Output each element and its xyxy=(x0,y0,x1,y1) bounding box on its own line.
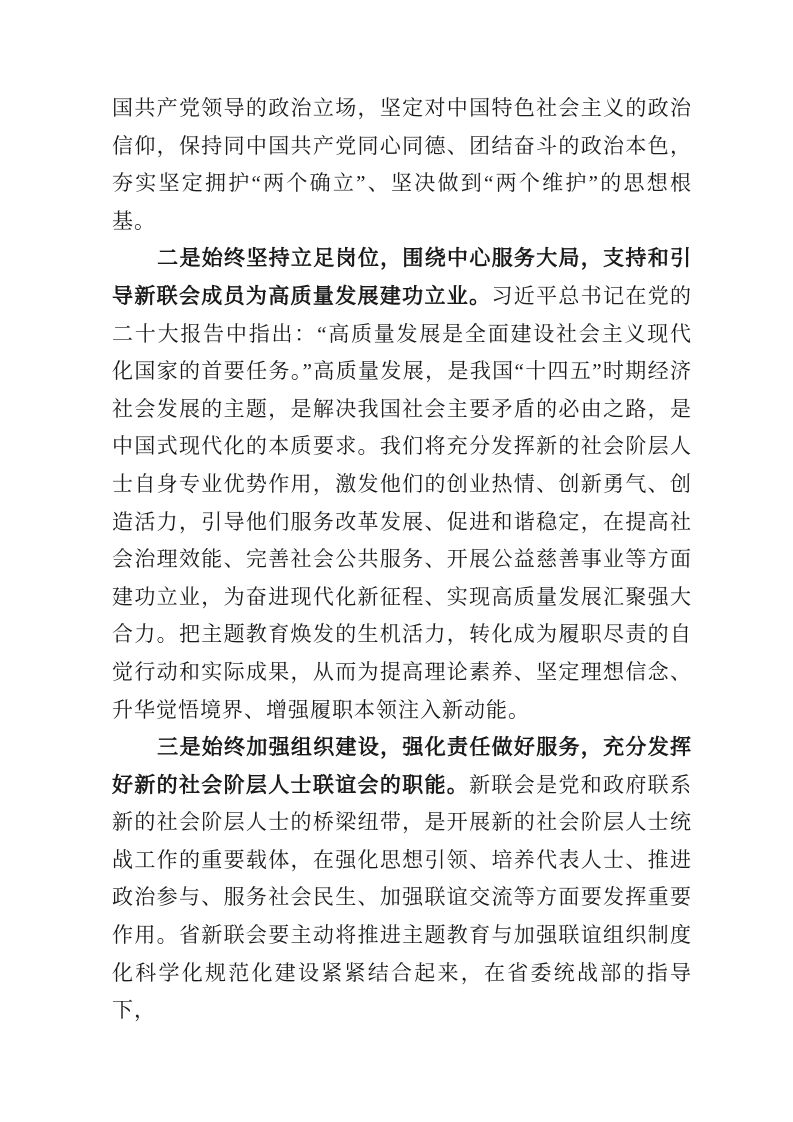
paragraph-continuation: 国共产党领导的政治立场，坚定对中国特色社会主义的政治信仰，保持同中国共产党同心同… xyxy=(112,90,692,240)
paragraph-point-three: 三是始终加强组织建设，强化责任做好服务，充分发挥好新的社会阶层人士联谊会的职能。… xyxy=(112,729,692,1030)
document-page: 国共产党领导的政治立场，坚定对中国特色社会主义的政治信仰，保持同中国共产党同心同… xyxy=(0,0,793,1122)
paragraph-point-two-text: 习近平总书记在党的二十大报告中指出：“高质量发展是全面建设社会主义现代化国家的首… xyxy=(112,284,692,722)
paragraph-point-two: 二是始终坚持立足岗位，围绕中心服务大局，支持和引导新联会成员为高质量发展建功立业… xyxy=(112,240,692,729)
paragraph-continuation-text: 国共产党领导的政治立场，坚定对中国特色社会主义的政治信仰，保持同中国共产党同心同… xyxy=(112,96,692,233)
paragraph-point-three-text: 新联会是党和政府联系新的社会阶层人士的桥梁纽带，是开展新的社会阶层人士统战工作的… xyxy=(112,773,692,1023)
document-body: 国共产党领导的政治立场，坚定对中国特色社会主义的政治信仰，保持同中国共产党同心同… xyxy=(112,90,692,1030)
